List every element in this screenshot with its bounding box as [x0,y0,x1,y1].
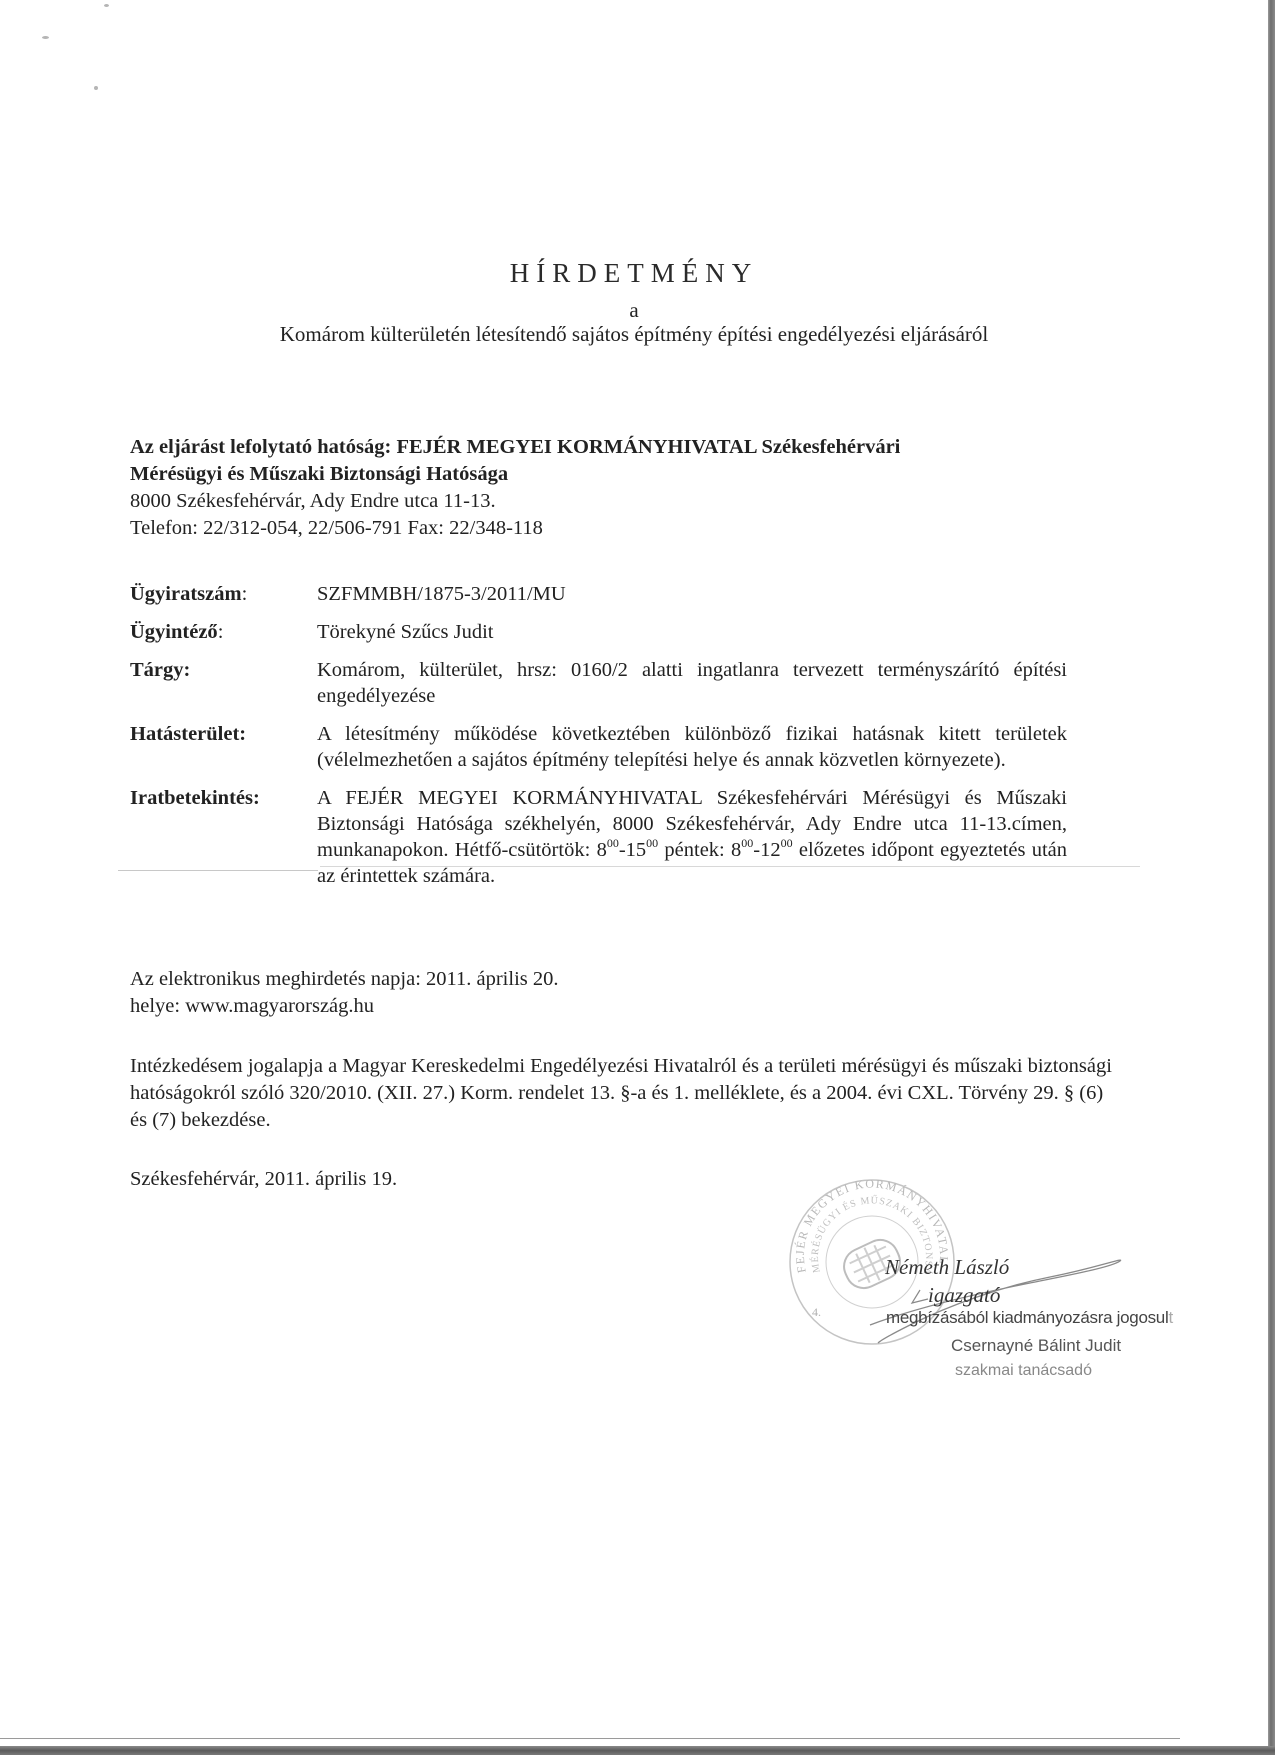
field-row-officer: Ügyintéző: Törekyné Szűcs Judit [130,619,1070,645]
publication-info: Az elektronikus meghirdetés napja: 2011.… [130,966,1070,1020]
scanner-edge-right [1268,0,1275,1755]
document-title: HÍRDETMÉNY [0,258,1268,289]
delegation-text: megbízásából kiadmányozásra jogosult [886,1308,1173,1328]
scanned-page: HÍRDETMÉNY a Komárom külterületén létesí… [0,0,1268,1740]
field-label: Hatásterület [130,723,239,745]
field-row-case-number: Ügyiratszám: SZFMMBH/1875-3/2011/MU [130,581,1070,607]
field-value: Komárom, külterület, hrsz: 0160/2 alatti… [317,657,1067,709]
scan-artifact-line [320,866,1140,867]
scanner-edge-bottom [0,1746,1275,1755]
scan-speck [104,4,109,7]
authority-contact: Telefon: 22/312-054, 22/506-791 Fax: 22/… [130,515,1070,542]
field-label: Tárgy [130,659,184,681]
authority-name-line1: FEJÉR MEGYEI KORMÁNYHIVATAL Székesfehérv… [396,436,900,458]
svg-text:4.: 4. [812,1305,821,1319]
field-value: A létesítmény működése következtében kül… [317,721,1067,773]
signatory-name: Németh László [885,1255,1009,1280]
field-value: A FEJÉR MEGYEI KORMÁNYHIVATAL Székesfehé… [317,785,1067,889]
title-connector: a [0,298,1268,323]
field-label: Ügyintéző [130,621,218,643]
field-row-impact-area: Hatásterület: A létesítmény működése köv… [130,721,1070,773]
signatory-role: igazgató [928,1283,1000,1308]
delegate-role: szakmai tanácsadó [955,1362,1092,1380]
publication-place: helye: www.magyarország.hu [130,993,1070,1020]
field-label: Iratbetekintés [130,787,253,809]
delegate-name: Csernayné Bálint Judit [951,1336,1121,1356]
publication-date: Az elektronikus meghirdetés napja: 2011.… [130,966,1070,993]
authority-address: 8000 Székesfehérvár, Ady Endre utca 11-1… [130,488,1070,515]
document-subtitle: Komárom külterületén létesítendő sajátos… [0,322,1268,347]
field-row-subject: Tárgy: Komárom, külterület, hrsz: 0160/2… [130,657,1070,709]
scan-speck [42,36,49,39]
scan-artifact-line [118,870,318,871]
authority-block: Az eljárást lefolytató hatóság: FEJÉR ME… [130,434,1070,542]
legal-basis: Intézkedésem jogalapja a Magyar Keresked… [130,1053,1120,1134]
field-value: SZFMMBH/1875-3/2011/MU [317,581,1067,607]
field-label: Ügyiratszám [130,583,242,605]
scan-bottom-line [0,1738,1180,1739]
scan-speck [94,86,98,90]
field-row-document-inspection: Iratbetekintés: A FEJÉR MEGYEI KORMÁNYHI… [130,785,1070,889]
field-value: Törekyné Szűcs Judit [317,619,1067,645]
authority-label: Az eljárást lefolytató hatóság: [130,436,391,458]
authority-name-line2: Mérésügyi és Műszaki Biztonsági Hatósága [130,461,1070,488]
case-fields: Ügyiratszám: SZFMMBH/1875-3/2011/MU Ügyi… [130,581,1070,901]
